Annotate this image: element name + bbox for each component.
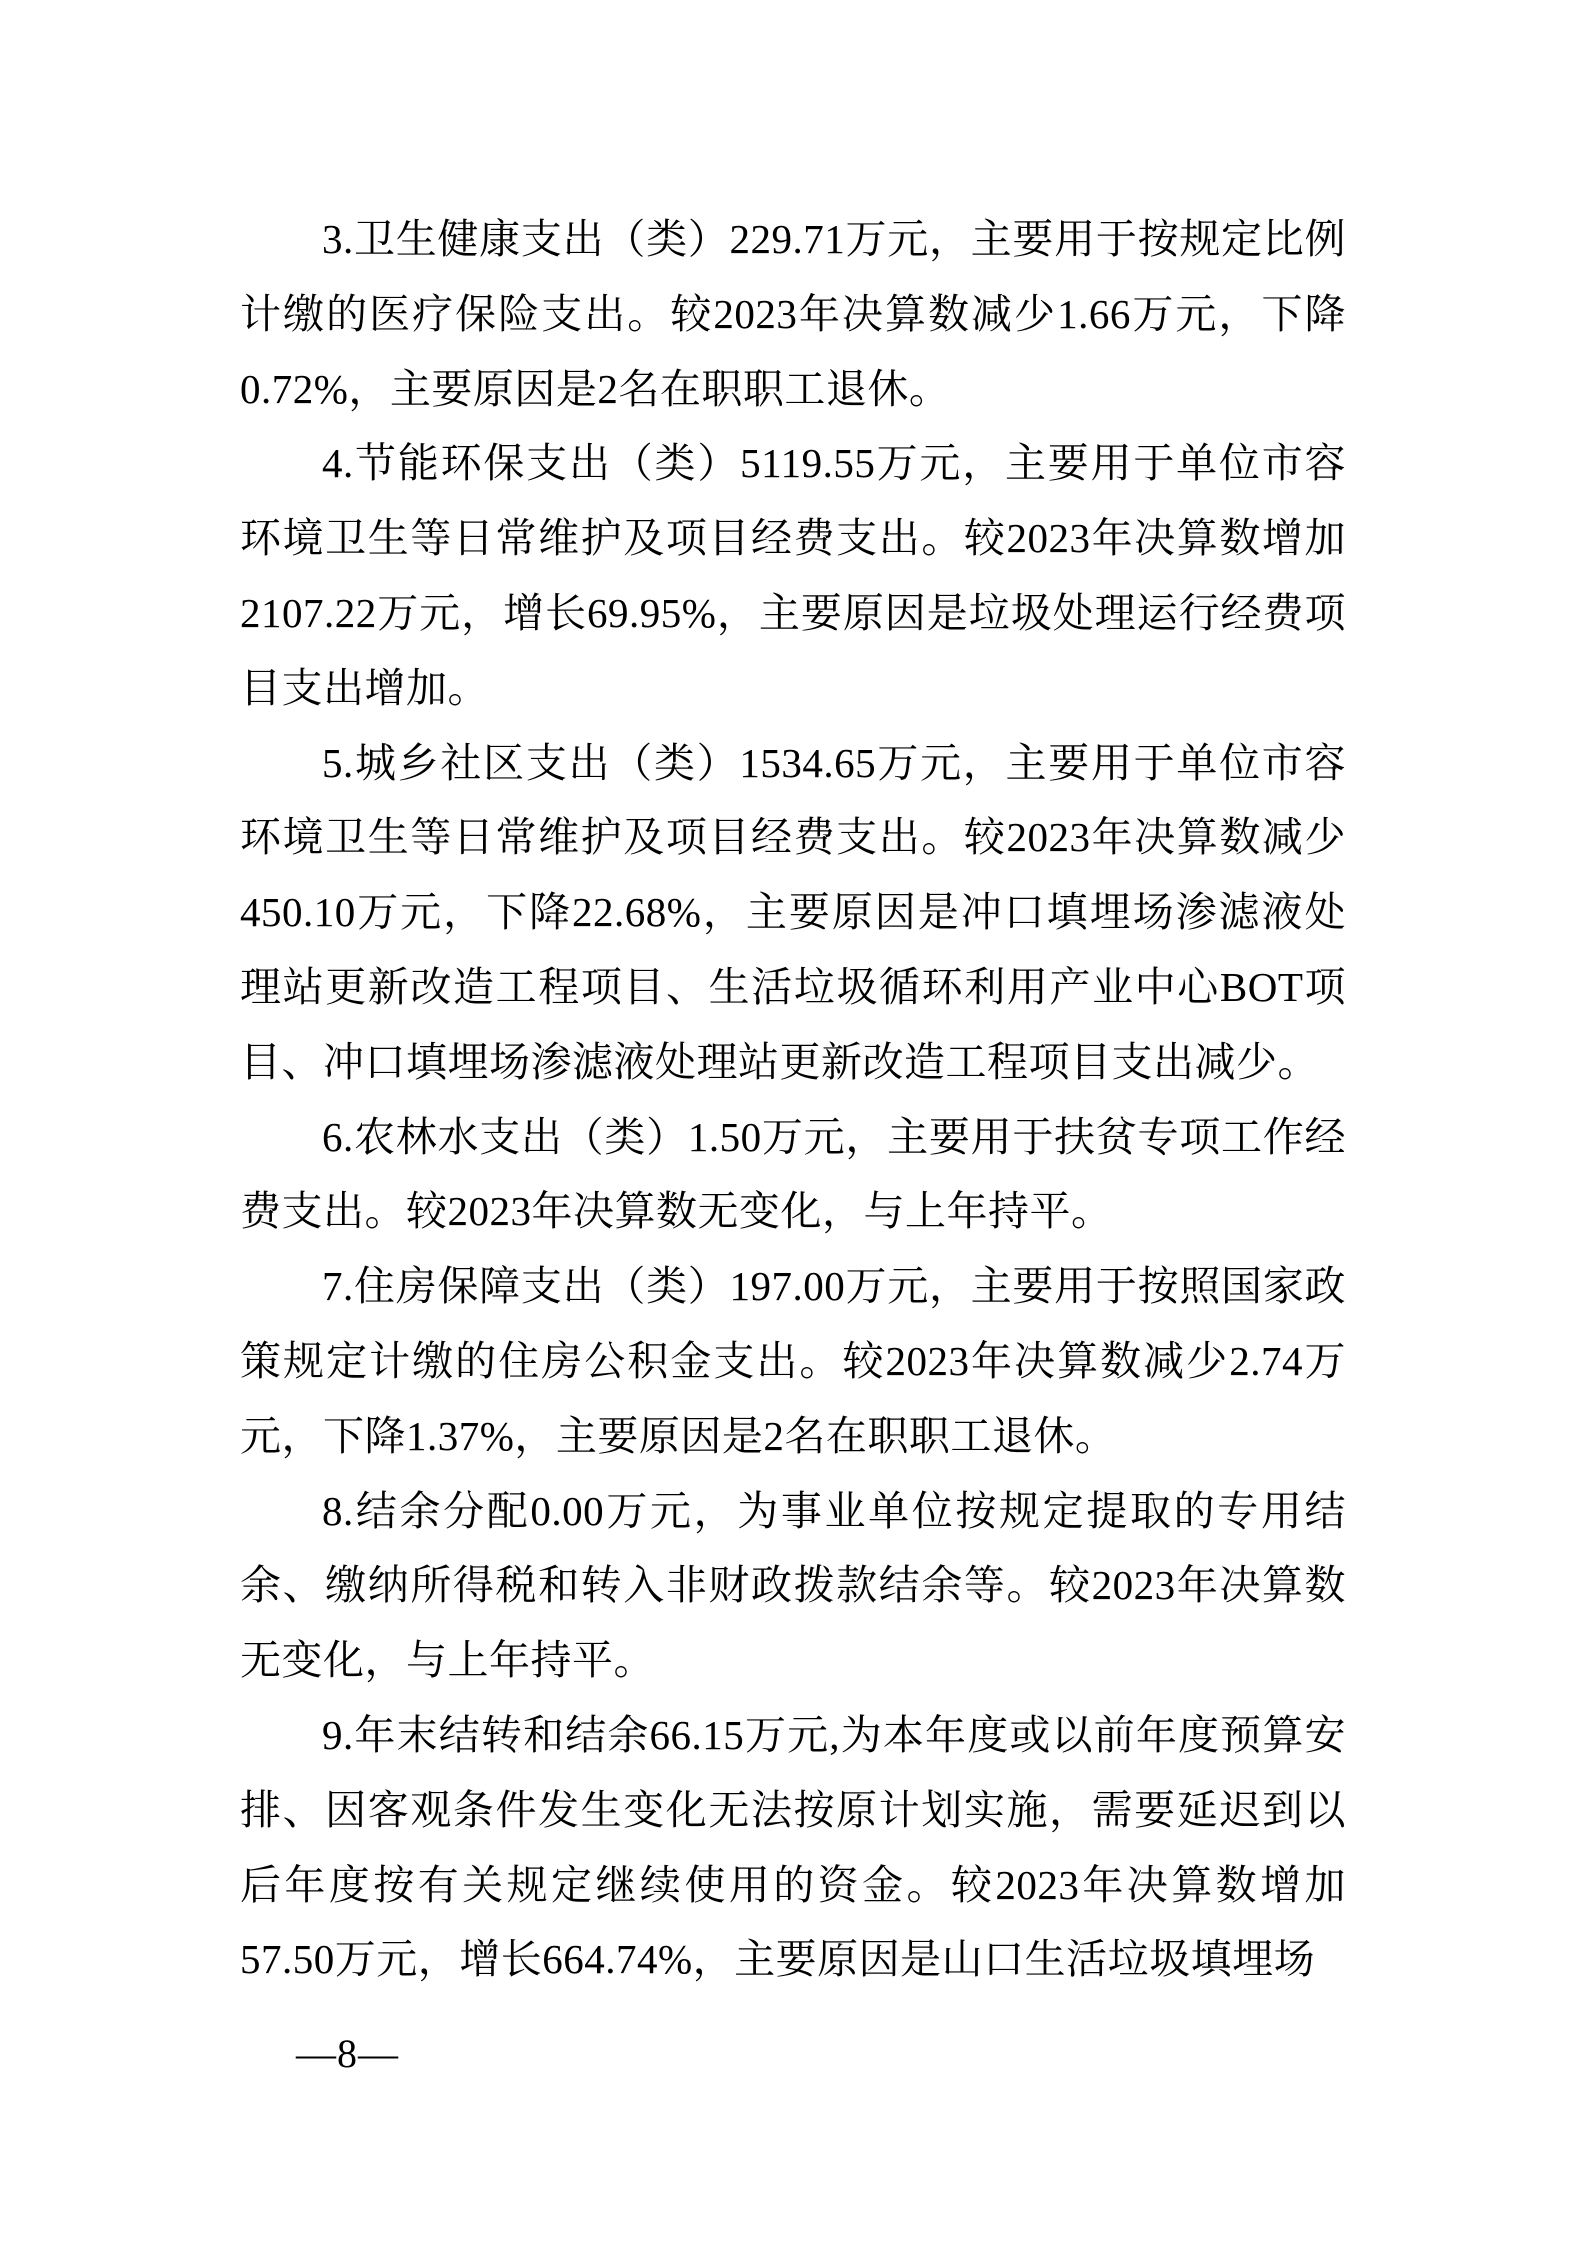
paragraph-urban-rural-community-expenditure: 5.城乡社区支出（类）1534.65万元，主要用于单位市容环境卫生等日常维护及项… [240,726,1346,1100]
document-page: 3.卫生健康支出（类）229.71万元，主要用于按规定比例计缴的医疗保险支出。较… [0,0,1587,2245]
page-number: —8— [296,2030,399,2078]
paragraph-energy-conservation-expenditure: 4.节能环保支出（类）5119.55万元，主要用于单位市容环境卫生等日常维护及项… [240,426,1346,725]
paragraph-health-expenditure: 3.卫生健康支出（类）229.71万元，主要用于按规定比例计缴的医疗保险支出。较… [240,202,1346,426]
paragraph-surplus-distribution: 8.结余分配0.00万元，为事业单位按规定提取的专用结余、缴纳所得税和转入非财政… [240,1474,1346,1698]
paragraph-housing-security-expenditure: 7.住房保障支出（类）197.00万元，主要用于按照国家政策规定计缴的住房公积金… [240,1249,1346,1473]
paragraph-year-end-carryover: 9.年末结转和结余66.15万元,为本年度或以前年度预算安排、因客观条件发生变化… [240,1698,1346,1997]
paragraph-agriculture-forestry-water-expenditure: 6.农林水支出（类）1.50万元，主要用于扶贫专项工作经费支出。较2023年决算… [240,1100,1346,1250]
document-body: 3.卫生健康支出（类）229.71万元，主要用于按规定比例计缴的医疗保险支出。较… [240,202,1346,1997]
